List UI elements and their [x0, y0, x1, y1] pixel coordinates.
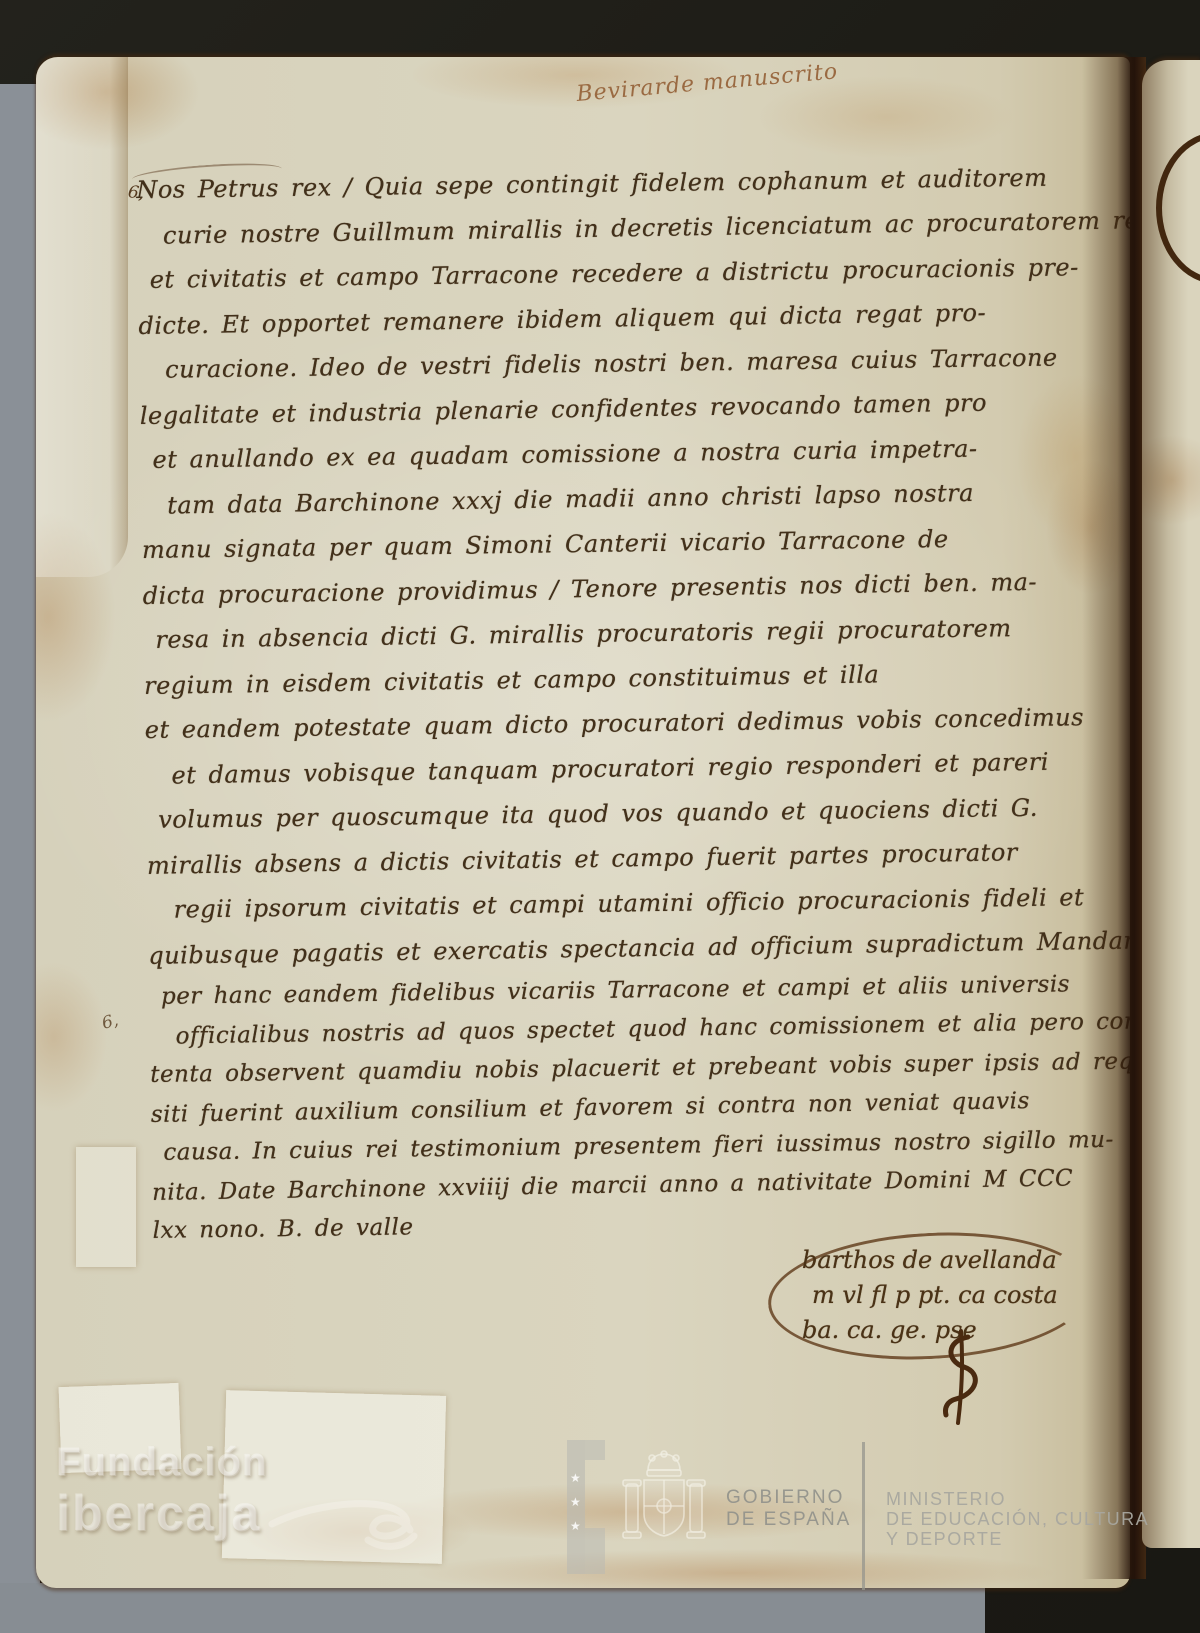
manuscript-text-block: Nos Petrus rex / Quia sepe contingit fid… [136, 155, 1073, 1252]
manuscript-page: Bevirarde manuscrito 6, 6, Nos Petrus re… [36, 57, 1130, 1588]
signature-line: m vl fl p pt. ca costa [802, 1278, 1102, 1313]
manuscript-photo: Bevirarde manuscrito 6, 6, Nos Petrus re… [0, 0, 1200, 1633]
backing-board-bottom [0, 1583, 985, 1633]
margin-mark: 6, [100, 1010, 121, 1033]
repair-patch [59, 1383, 182, 1473]
next-page-edge [1142, 60, 1200, 1548]
signature-line: barthos de avellanda [802, 1243, 1102, 1278]
archivist-annotation: Bevirarde manuscrito [575, 57, 876, 107]
book-gutter [1082, 57, 1146, 1579]
repair-patch [76, 1147, 136, 1267]
binding-guard-strip [36, 57, 128, 577]
repair-patch [222, 1390, 446, 1564]
backing-board-left [0, 84, 40, 1633]
notarial-sign-icon [928, 1329, 988, 1429]
ink-circle-mark [1156, 132, 1200, 284]
